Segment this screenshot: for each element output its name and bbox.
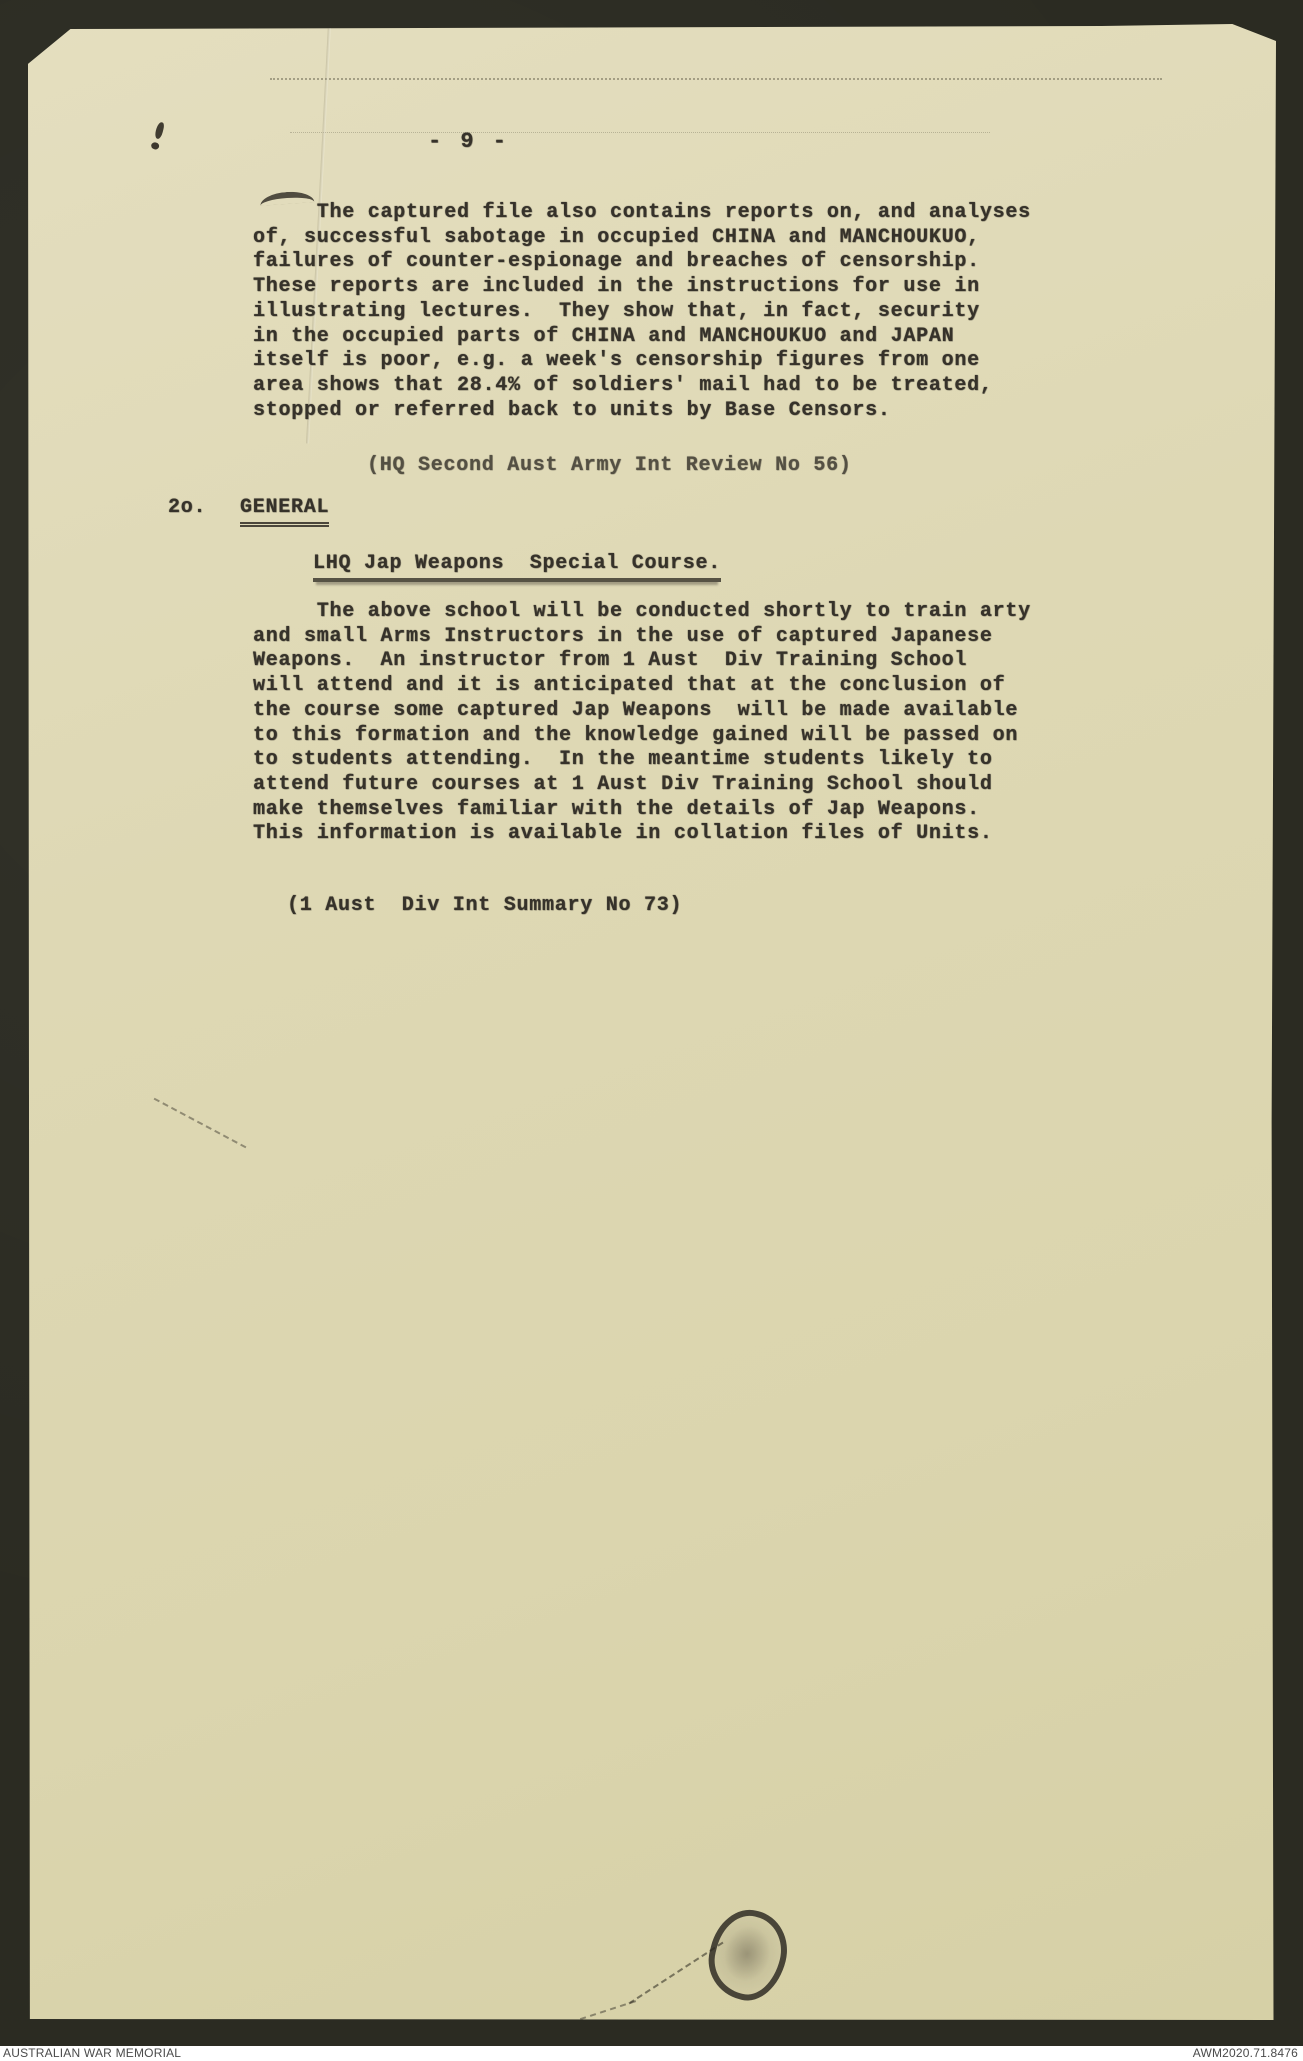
citation-source-line: (1 Aust Div Int Summary No 73) — [287, 894, 682, 919]
document-page: - 9 - The captured file also contains re… — [28, 24, 1276, 2020]
citation-source-line: (HQ Second Aust Army Int Review No 56) — [367, 454, 852, 479]
scratch-mark — [628, 1942, 723, 2005]
page-number: - 9 - — [428, 130, 509, 155]
scan-artifact-dotted-line — [290, 132, 990, 133]
catalog-id-label: AWM2020.71.8476 — [1193, 2047, 1298, 2060]
ink-smudge-mark — [154, 121, 165, 139]
archive-name-label: AUSTRALIAN WAR MEMORIAL — [3, 2047, 181, 2060]
paragraph-jap-weapons-course: The above school will be conducted short… — [253, 600, 1031, 847]
ink-blot-stamp — [700, 1902, 796, 2008]
section-heading: GENERAL — [240, 496, 329, 527]
scan-artifact-dotted-line — [270, 78, 1162, 80]
archive-footer: AUSTRALIAN WAR MEMORIAL AWM2020.71.8476 — [0, 2046, 1303, 2061]
section-number: 2o. — [168, 496, 206, 521]
scratch-mark — [154, 1098, 247, 1149]
subsection-heading: LHQ Jap Weapons Special Course. — [313, 552, 721, 582]
paragraph-censorship-report: The captured file also contains reports … — [253, 201, 1031, 423]
